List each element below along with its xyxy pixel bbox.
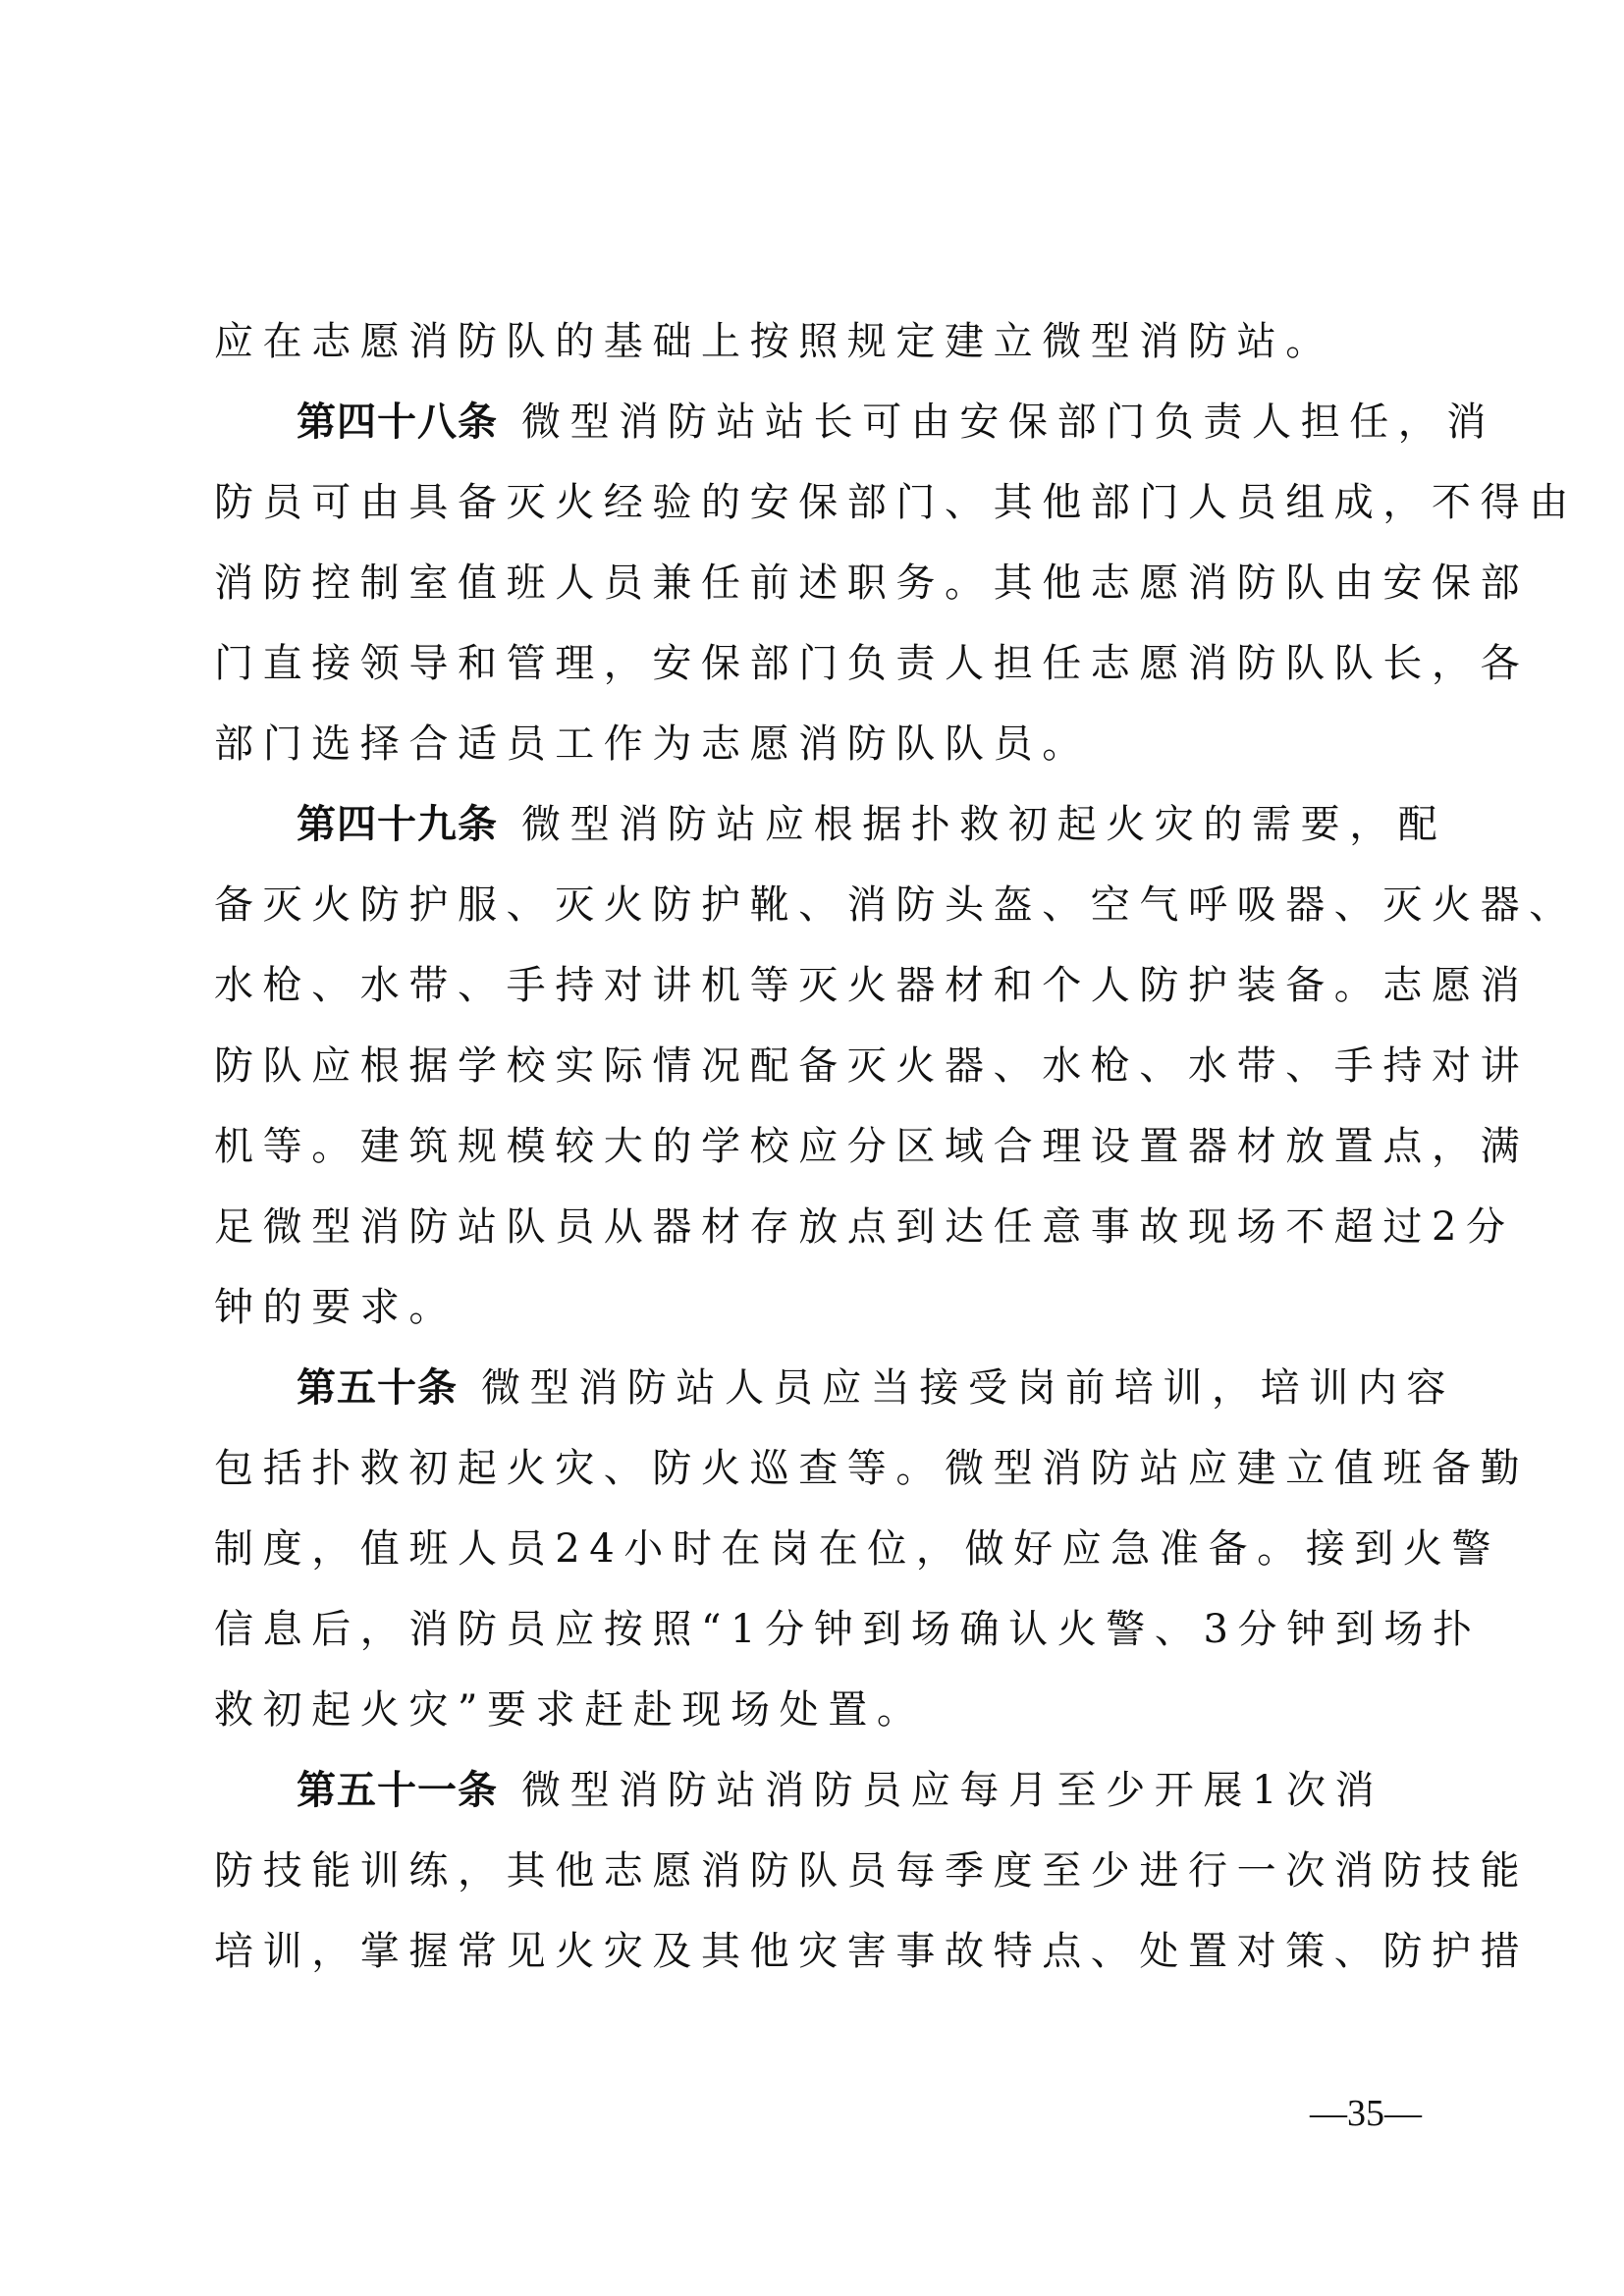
text-line: 第五十一条微型消防站消防员应每月至少开展1次消 (297, 1761, 1383, 1820)
text-line: 水枪、水带、手持对讲机等灭火器材和个人防护装备。志愿消 (214, 956, 1529, 1015)
line-text: 门直接领导和管理，安保部门负责人担任志愿消防队队长，各 (214, 641, 1529, 686)
line-text: 微型消防站人员应当接受岗前培训，培训内容 (481, 1365, 1455, 1411)
line-text: 足微型消防站队员从器材存放点到达任意事故现场不超过2分 (214, 1204, 1515, 1250)
text-line: 机等。建筑规模较大的学校应分区域合理设置器材放置点，满 (214, 1117, 1529, 1176)
text-line: 防队应根据学校实际情况配备灭火器、水枪、水带、手持对讲 (214, 1037, 1529, 1095)
line-text: 应在志愿消防队的基础上按照规定建立微型消防站。 (214, 319, 1334, 364)
text-line: 第四十八条微型消防站站长可由安保部门负责人担任，消 (297, 393, 1495, 452)
line-text: 水枪、水带、手持对讲机等灭火器材和个人防护装备。志愿消 (214, 963, 1529, 1008)
line-text: 制度，值班人员24小时在岗在位，做好应急准备。接到火警 (214, 1526, 1500, 1572)
line-text: 信息后，消防员应按照“1分钟到场确认火警、3分钟到场扑 (214, 1607, 1482, 1652)
line-text: 防员可由具备灭火经验的安保部门、其他部门人员组成，不得由 (214, 480, 1578, 525)
text-line: 备灭火防护服、灭火防护靴、消防头盔、空气呼吸器、灭火器、 (214, 876, 1578, 934)
line-text: 防队应根据学校实际情况配备灭火器、水枪、水带、手持对讲 (214, 1043, 1529, 1089)
line-text: 救初起火灾”要求赶赴现场处置。 (214, 1687, 925, 1733)
text-line: 培训，掌握常见火灾及其他灾害事故特点、处置对策、防护措 (214, 1922, 1529, 1981)
line-text: 消防控制室值班人员兼任前述职务。其他志愿消防队由安保部 (214, 561, 1529, 606)
line-text: 培训，掌握常见火灾及其他灾害事故特点、处置对策、防护措 (214, 1929, 1529, 1974)
text-line: 防技能训练，其他志愿消防队员每季度至少进行一次消防技能 (214, 1842, 1529, 1900)
line-text: 微型消防站站长可由安保部门负责人担任，消 (521, 400, 1495, 445)
line-text: 包括扑救初起火灾、防火巡查等。微型消防站应建立值班备勤 (214, 1446, 1529, 1491)
text-line: 消防控制室值班人员兼任前述职务。其他志愿消防队由安保部 (214, 554, 1529, 613)
text-line: 部门选择合适员工作为志愿消防队队员。 (214, 715, 1091, 774)
text-line: 门直接领导和管理，安保部门负责人担任志愿消防队队长，各 (214, 634, 1529, 693)
text-line: 应在志愿消防队的基础上按照规定建立微型消防站。 (214, 312, 1334, 371)
line-text: 防技能训练，其他志愿消防队员每季度至少进行一次消防技能 (214, 1848, 1529, 1894)
article-title: 第五十一条 (297, 1768, 498, 1813)
article-title: 第四十八条 (297, 400, 498, 445)
text-line: 第四十九条微型消防站应根据扑救初起火灾的需要，配 (297, 795, 1446, 854)
line-text: 备灭火防护服、灭火防护靴、消防头盔、空气呼吸器、灭火器、 (214, 882, 1578, 928)
line-text: 部门选择合适员工作为志愿消防队队员。 (214, 721, 1091, 767)
text-line: 第五十条微型消防站人员应当接受岗前培训，培训内容 (297, 1359, 1455, 1417)
article-title: 第五十条 (297, 1365, 458, 1411)
line-text: 微型消防站消防员应每月至少开展1次消 (521, 1768, 1383, 1813)
text-line: 包括扑救初起火灾、防火巡查等。微型消防站应建立值班备勤 (214, 1439, 1529, 1498)
article-title: 第四十九条 (297, 802, 498, 847)
text-line: 制度，值班人员24小时在岗在位，做好应急准备。接到火警 (214, 1520, 1500, 1578)
text-line: 足微型消防站队员从器材存放点到达任意事故现场不超过2分 (214, 1198, 1515, 1256)
line-text: 微型消防站应根据扑救初起火灾的需要，配 (521, 802, 1446, 847)
page-number: —35— (1310, 2089, 1422, 2138)
text-line: 防员可由具备灭火经验的安保部门、其他部门人员组成，不得由 (214, 473, 1578, 532)
line-text: 钟的要求。 (214, 1285, 458, 1330)
line-text: 机等。建筑规模较大的学校应分区域合理设置器材放置点，满 (214, 1124, 1529, 1169)
text-line: 信息后，消防员应按照“1分钟到场确认火警、3分钟到场扑 (214, 1600, 1482, 1659)
text-line: 救初起火灾”要求赶赴现场处置。 (214, 1681, 925, 1739)
text-line: 钟的要求。 (214, 1278, 458, 1337)
